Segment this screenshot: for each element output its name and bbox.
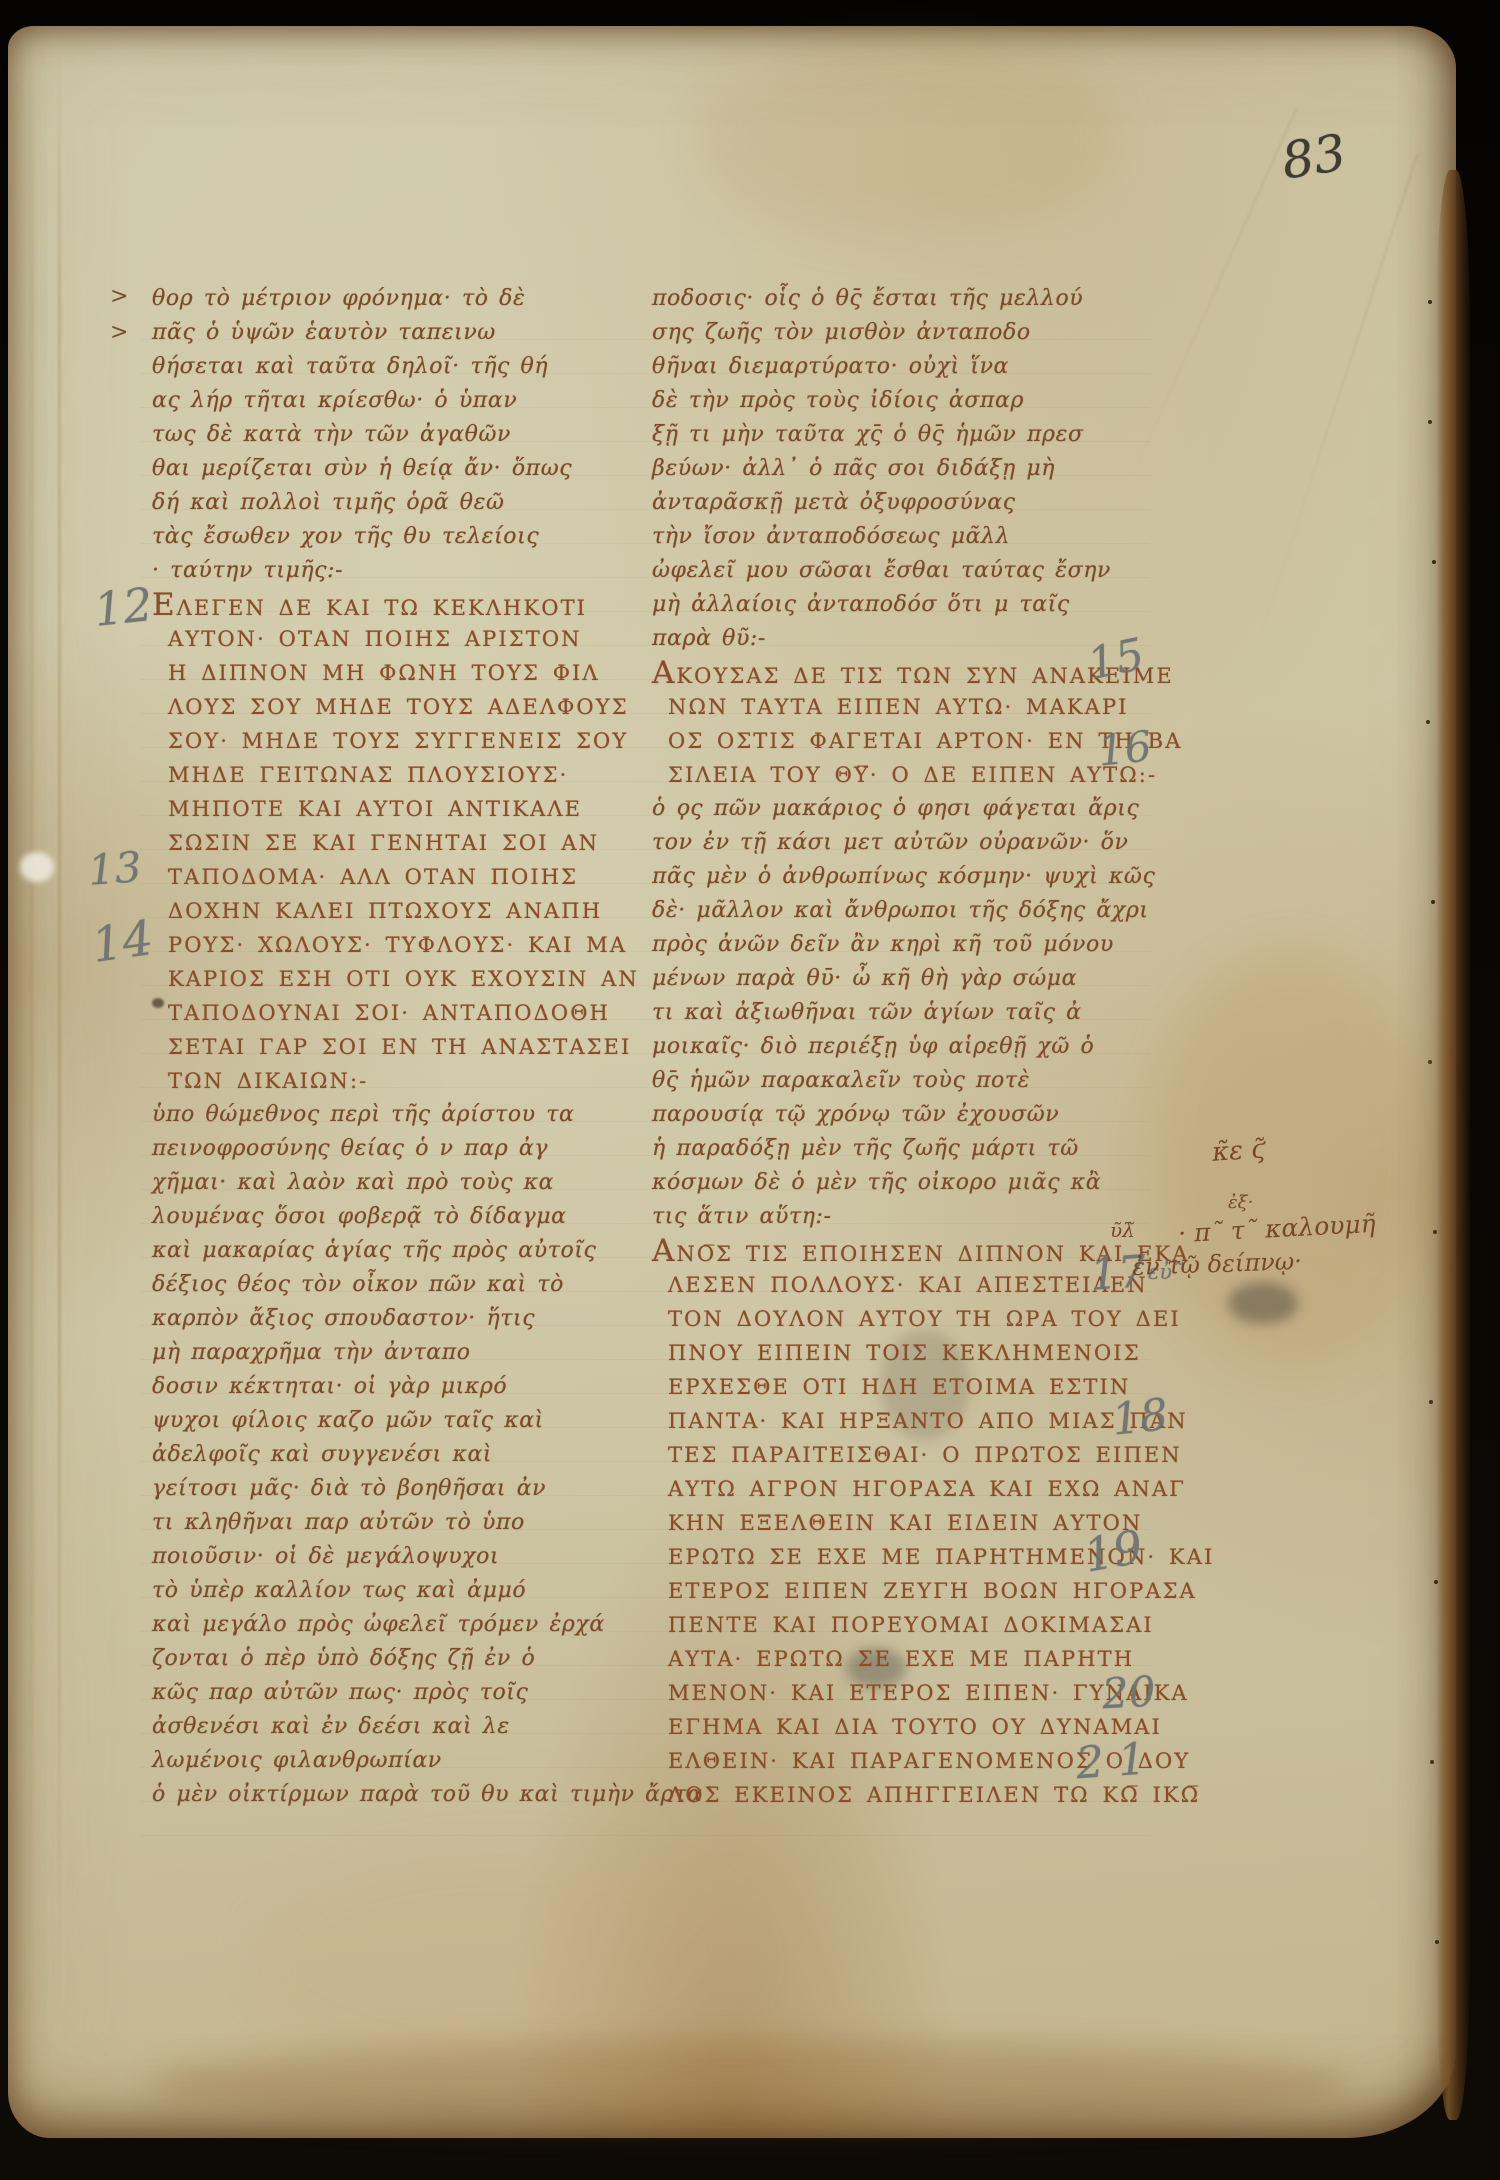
- text-line: ΑΥΤΩ ΑΓΡΟΝ ΗΓΟΡΑΣΑ ΚΑΙ ΕΧΩ ΑΝΑΓ: [652, 1472, 1152, 1506]
- text-line: βεύων· ἀλλ᾽ ὁ πᾶς σοι διδάξῃ μὴ: [652, 452, 1152, 486]
- chapter-title-note-line2: ἐν τῷ δείπνῳ·: [1132, 1247, 1303, 1281]
- verse-number-12: 12: [91, 577, 155, 637]
- text-line: μένων παρὰ θῡ· ὦ κῆ θὴ γὰρ σώμα: [652, 962, 1152, 996]
- text-line: ἀδελφοῖς καὶ συγγενέσι καὶ: [152, 1438, 652, 1472]
- text-line: ΤΕΣ ΠΑΡΑΙΤΕΙΣΘΑΙ· Ο ΠΡΩΤΟΣ ΕΙΠΕΝ: [652, 1438, 1152, 1472]
- small-abbrev-note: ἐξ·: [1228, 1192, 1253, 1213]
- text-line: ΕΡΩΤΩ ΣΕ ΕΧΕ ΜΕ ΠΑΡΗΤΗΜΕΝΟΝ· ΚΑΙ: [652, 1540, 1152, 1574]
- text-line: μὴ παραχρῆμα τὴν ἀνταπο: [152, 1336, 652, 1370]
- text-line: τι κληθῆναι παρ αὐτῶν τὸ ὑπο: [152, 1506, 652, 1540]
- text-line: ΔΟΧΗΝ ΚΑΛΕΙ ΠΤΩΧΟΥΣ ΑΝΑΠΗ: [152, 894, 652, 928]
- text-line: ΝΩΝ ΤΑΥΤΑ ΕΙΠΕΝ ΑΥΤΩ· ΜΑΚΑΡΙ: [652, 690, 1152, 724]
- text-line: πᾶς ὁ ὑψῶν ἑαυτὸν ταπεινω: [152, 316, 652, 350]
- text-line: ΚΗΝ ΕΞΕΛΘΕΙΝ ΚΑΙ ΕΙΔΕΙΝ ΑΥΤΟΝ: [652, 1506, 1152, 1540]
- book-fore-edge: [1436, 170, 1470, 2120]
- text-line: ΤΩΝ ΔΙΚΑΙΩΝ:-: [152, 1064, 652, 1098]
- text-line: λουμένας ὅσοι φοβερᾷ τὸ δίδαγμα: [152, 1200, 652, 1234]
- text-line: ὁ ϙς πῶν μακάριος ὁ φησι φάγεται ἄρις: [652, 792, 1152, 826]
- text-line: ΣΩΣΙΝ ΣΕ ΚΑΙ ΓΕΝΗΤΑΙ ΣΟΙ ΑΝ: [152, 826, 652, 860]
- text-line: καὶ μακαρίας ἁγίας τῆς πρὸς αὐτοῖς: [152, 1234, 652, 1268]
- text-line: ΠΕΝΤΕ ΚΑΙ ΠΟΡΕΥΟΜΑΙ ΔΟΚΙΜΑΣΑΙ: [652, 1608, 1152, 1642]
- text-line: δέξιος θέος τὸν οἶκον πῶν καὶ τὸ: [152, 1268, 652, 1302]
- text-line: ΕΛΕΓΕΝ ΔΕ ΚΑΙ ΤΩ ΚΕΚΛΗΚΟΤΙ: [152, 588, 652, 622]
- text-line: ΡΟΥΣ· ΧΩΛΟΥΣ· ΤΥΦΛΟΥΣ· ΚΑΙ ΜΑ: [152, 928, 652, 962]
- text-line: παρουσίᾳ τῷ χρόνῳ τῶν ἐχουσῶν: [652, 1098, 1152, 1132]
- text-line: ΜΕΝΟΝ· ΚΑΙ ΕΤΕΡΟΣ ΕΙΠΕΝ· ΓΥΝΑΙΚΑ: [652, 1676, 1152, 1710]
- text-line: · ταύτην τιμῆς:-: [152, 554, 652, 588]
- text-line: δοσιν κέκτηται· οἱ γὰρ μικρό: [152, 1370, 652, 1404]
- text-line: ΤΑΠΟΔΟΥΝΑΙ ΣΟΙ· ΑΝΤΑΠΟΔΟΘΗ: [152, 996, 652, 1030]
- gutter-crease-2: [30, 40, 33, 2120]
- text-line: ΣΟΥ· ΜΗΔΕ ΤΟΥΣ ΣΥΓΓΕΝΕΙΣ ΣΟΥ: [152, 724, 652, 758]
- text-line: ΤΑΠΟΔΟΜΑ· ΑΛΛ ΟΤΑΝ ΠΟΙΗΣ: [152, 860, 652, 894]
- left-text-column: θορ τὸ μέτριον φρόνημα· τὸ δὲπᾶς ὁ ὑψῶν …: [152, 282, 652, 1812]
- text-line: ΑΚΟΥΣΑΣ ΔΕ ΤΙΣ ΤΩΝ ΣΥΝ ΑΝΑΚΕΙΜΕ: [652, 656, 1152, 690]
- text-line: πρὸς ἀνῶν δεῖν ἂν κηρὶ κῆ τοῦ μόνου: [652, 928, 1152, 962]
- text-line: ΜΗΠΟΤΕ ΚΑΙ ΑΥΤΟΙ ΑΝΤΙΚΑΛΕ: [152, 792, 652, 826]
- gutter-crease: [58, 40, 61, 2120]
- text-line: Η ΔΙΠΝΟΝ ΜΗ ΦΩΝΗ ΤΟΥΣ ΦΙΛ: [152, 656, 652, 690]
- text-line: χῆμαι· καὶ λαὸν καὶ πρὸ τοὺς κα: [152, 1166, 652, 1200]
- text-line: δὲ· μᾶλλον καὶ ἄνθρωποι τῆς δόξης ἄχρι: [652, 894, 1152, 928]
- text-line: ΛΟΥΣ ΣΟΥ ΜΗΔΕ ΤΟΥΣ ΑΔΕΛΦΟΥΣ: [152, 690, 652, 724]
- text-line: κόσμων δὲ ὁ μὲν τῆς οἰκορο μιᾶς κἂ: [652, 1166, 1152, 1200]
- text-line: ἀσθενέσι καὶ ἐν δεέσι καὶ λε: [152, 1710, 652, 1744]
- text-line: ας λήρ τῆται κρίεσθω· ὁ ὑπαν: [152, 384, 652, 418]
- text-line: τις ἅτιν αὕτη:-: [652, 1200, 1152, 1234]
- text-line: κῶς παρ αὐτῶν πως· πρὸς τοῖς: [152, 1676, 652, 1710]
- right-text-column: ποδοσις· οἷς ὁ θς̄ ἔσται τῆς μελλούσης ζ…: [652, 282, 1152, 1812]
- text-line: ΕΤΕΡΟΣ ΕΙΠΕΝ ΖΕΥΓΗ ΒΟΩΝ ΗΓΟΡΑΣΑ: [652, 1574, 1152, 1608]
- lemma-section: ΑΚΟΥΣΑΣ ΔΕ ΤΙΣ ΤΩΝ ΣΥΝ ΑΝΑΚΕΙΜΕΝΩΝ ΤΑΥΤΑ…: [652, 656, 1152, 792]
- text-line: καὶ μεγάλο πρὸς ὠφελεῖ τρόμεν ἐρχά: [152, 1608, 652, 1642]
- folio-number: 83: [1278, 123, 1350, 190]
- verse-number-19: 19: [1080, 1519, 1147, 1582]
- text-line: ΚΑΡΙΟΣ ΕΣΗ ΟΤΙ ΟΥΚ ΕΧΟΥΣΙΝ ΑΝ: [152, 962, 652, 996]
- text-line: θς̄ ἡμῶν παρακαλεῖν τοὺς ποτὲ: [652, 1064, 1152, 1098]
- text-line: μοικαῖς· διὸ περιέξῃ ὑφ αἱρεθῇ χῶ ὁ: [652, 1030, 1152, 1064]
- text-line: τὴν ἴσον ἀνταποδόσεως μᾶλλ: [652, 520, 1152, 554]
- text-line: τως δὲ κατὰ τὴν τῶν ἀγαθῶν: [152, 418, 652, 452]
- verse-number-13: 13: [86, 842, 143, 895]
- text-line: ΣΕΤΑΙ ΓΑΡ ΣΟΙ ΕΝ ΤΗ ΑΝΑΣΤΑΣΕΙ: [152, 1030, 652, 1064]
- text-line: πᾶς μὲν ὁ ἀνθρωπίνως κόσμην· ψυχὶ κῶς: [652, 860, 1152, 894]
- text-line: τὰς ἔσωθεν χον τῆς θυ τελείοις: [152, 520, 652, 554]
- text-line: ΛΕΣΕΝ ΠΟΛΛΟΥΣ· ΚΑΙ ΑΠΕΣΤΕΙΛΕΝ: [652, 1268, 1152, 1302]
- text-line: ἡ παραδόξῃ μὲν τῆς ζωῆς μάρτι τῶ: [652, 1132, 1152, 1166]
- text-line: ΑΥΤΑ· ΕΡΩΤΩ ΣΕ ΕΧΕ ΜΕ ΠΑΡΗΤΗ: [652, 1642, 1152, 1676]
- commentary-section: ὁ ϙς πῶν μακάριος ὁ φησι φάγεται ἄριςτον…: [652, 792, 1152, 1234]
- text-line: θορ τὸ μέτριον φρόνημα· τὸ δὲ: [152, 282, 652, 316]
- ink-smudge-2: [1228, 1282, 1298, 1324]
- text-line: ΕΡΧΕΣΘΕ ΟΤΙ ΗΔΗ ΕΤΟΙΜΑ ΕΣΤΙΝ: [652, 1370, 1152, 1404]
- commentary-section: ποδοσις· οἷς ὁ θς̄ ἔσται τῆς μελλούσης ζ…: [652, 282, 1152, 656]
- text-line: τι καὶ ἀξιωθῆναι τῶν ἁγίων ταῖς ἀ: [652, 996, 1152, 1030]
- text-line: καρπὸν ἄξιος σπουδαστον· ἥτις: [152, 1302, 652, 1336]
- verse-number-20: 20: [1101, 1667, 1157, 1719]
- lemma-section: ΕΛΕΓΕΝ ΔΕ ΚΑΙ ΤΩ ΚΕΚΛΗΚΟΤΙΑΥΤΟΝ· ΟΤΑΝ ΠΟ…: [152, 588, 652, 1098]
- text-line: ΠΑΝΤΑ· ΚΑΙ ΗΡΞΑΝΤΟ ΑΠΟ ΜΙΑΣ ΠΑΝ: [652, 1404, 1152, 1438]
- lemma-section: ΑΝΟ̅Σ ΤΙΣ ΕΠΟΙΗΣΕΝ ΔΙΠΝΟΝ ΚΑΙ ΕΚΑΛΕΣΕΝ Π…: [652, 1234, 1152, 1812]
- text-line: ὁ μὲν οἰκτίρμων παρὰ τοῦ θυ καὶ τιμὴν ἄρ…: [152, 1778, 652, 1812]
- text-line: δή καὶ πολλοὶ τιμῆς ὁρᾶ θεῶ: [152, 486, 652, 520]
- text-line: ΑΥΤΟΝ· ΟΤΑΝ ΠΟΙΗΣ ΑΡΙΣΤΟΝ: [152, 622, 652, 656]
- text-line: ποιοῦσιν· οἱ δὲ μεγάλοψυχοι: [152, 1540, 652, 1574]
- manuscript-photograph: 83 θορ τὸ μέτριον φρόνημα· τὸ δὲπᾶς ὁ ὑψ…: [0, 0, 1500, 2180]
- text-line: γείτοσι μᾶς· διὰ τὸ βοηθῆσαι ἀν: [152, 1472, 652, 1506]
- text-line: ΑΝΟ̅Σ ΤΙΣ ΕΠΟΙΗΣΕΝ ΔΙΠΝΟΝ ΚΑΙ ΕΚΑ: [652, 1234, 1152, 1268]
- text-line: δὲ τὴν πρὸς τοὺς ἰδίοις ἀσπαρ: [652, 384, 1152, 418]
- stain-bottom-left: [250, 1850, 750, 2070]
- text-line: θήσεται καὶ ταῦτα δηλοῖ· τῆς θή: [152, 350, 652, 384]
- text-line: τον ἐν τῇ κάσι μετ αὐτῶν οὐρανῶν· ὅν: [652, 826, 1152, 860]
- text-line: ψυχοι φίλοις καζο μῶν ταῖς καὶ: [152, 1404, 652, 1438]
- white-flaw-spot: [20, 852, 54, 882]
- text-line: μὴ ἀλλαίοις ἀνταποδόσ ὅτι μ ταῖς: [652, 588, 1152, 622]
- stain-top: [700, 40, 1120, 240]
- text-line: ποδοσις· οἷς ὁ θς̄ ἔσται τῆς μελλού: [652, 282, 1152, 316]
- text-line: ΟΣ ΟΣΤΙΣ ΦΑΓΕΤΑΙ ΑΡΤΟΝ· ΕΝ ΤΗ ΒΑ: [652, 724, 1152, 758]
- text-line: ζονται ὁ πὲρ ὑπὸ δόξης ζῇ ἐν ὁ: [152, 1642, 652, 1676]
- text-line: ξῇ τι μὴν ταῦτα χς̄ ὁ θς̄ ἡμῶν πρεσ: [652, 418, 1152, 452]
- text-line: ΠΝΟΥ ΕΙΠΕΙΝ ΤΟΙΣ ΚΕΚΛΗΜΕΝΟΙΣ: [652, 1336, 1152, 1370]
- text-line: θαι μερίζεται σὺν ἡ θείᾳ ἄν· ὅπως: [152, 452, 652, 486]
- burnt-bottom-band: [150, 2040, 1350, 2130]
- text-line: λωμένοις φιλανθρωπίαν: [152, 1744, 652, 1778]
- text-line: σης ζωῆς τὸν μισθὸν ἀνταποδο: [652, 316, 1152, 350]
- verse-number-18: 18: [1109, 1389, 1170, 1446]
- verse-number-21: 2 1: [1074, 1734, 1147, 1790]
- text-line: ΣΙΛΕΙΑ ΤΟΥ ΘΥ̅· Ο ΔΕ ΕΙΠΕΝ ΑΥΤΩ:-: [652, 758, 1152, 792]
- text-line: θῆναι διεμαρτύρατο· οὐχὶ ἵνα: [652, 350, 1152, 384]
- text-line: ὠφελεῖ μου σῶσαι ἔσθαι ταύτας ἔσην: [652, 554, 1152, 588]
- commentary-section: θορ τὸ μέτριον φρόνημα· τὸ δὲπᾶς ὁ ὑψῶν …: [152, 282, 652, 588]
- quotation-mark-1: >: [110, 284, 128, 309]
- text-line: ΤΟΝ ΔΟΥΛΟΝ ΑΥΤΟΥ ΤΗ ΩΡΑ ΤΟΥ ΔΕΙ: [652, 1302, 1152, 1336]
- verse-number-16: 16: [1096, 721, 1154, 775]
- text-line: παρὰ θῦ:-: [652, 622, 1152, 656]
- text-line: ΜΗΔΕ ΓΕΙΤΩΝΑΣ ΠΛΟΥΣΙΟΥΣ·: [152, 758, 652, 792]
- quire-mark: ῦλ̃: [1110, 1218, 1135, 1242]
- text-line: ἀνταρᾶσκῇ μετὰ ὀξυφροσύνας: [652, 486, 1152, 520]
- quotation-mark-2: >: [110, 320, 128, 345]
- edge-wormholes: [1428, 300, 1432, 304]
- text-line: τὸ ὑπὲρ καλλίον τως καὶ ἀμμό: [152, 1574, 652, 1608]
- kephalaion-number-note: κ̃ε ϛ̃: [1211, 1134, 1267, 1168]
- commentary-section: ὑπο θώμεθνος περὶ τῆς ἀρίστου ταπεινοφρο…: [152, 1098, 652, 1812]
- text-line: ὑπο θώμεθνος περὶ τῆς ἀρίστου τα: [152, 1098, 652, 1132]
- text-line: πεινοφροσύνης θείας ὁ ν παρ ἀγ: [152, 1132, 652, 1166]
- verse-number-14: 14: [88, 910, 156, 974]
